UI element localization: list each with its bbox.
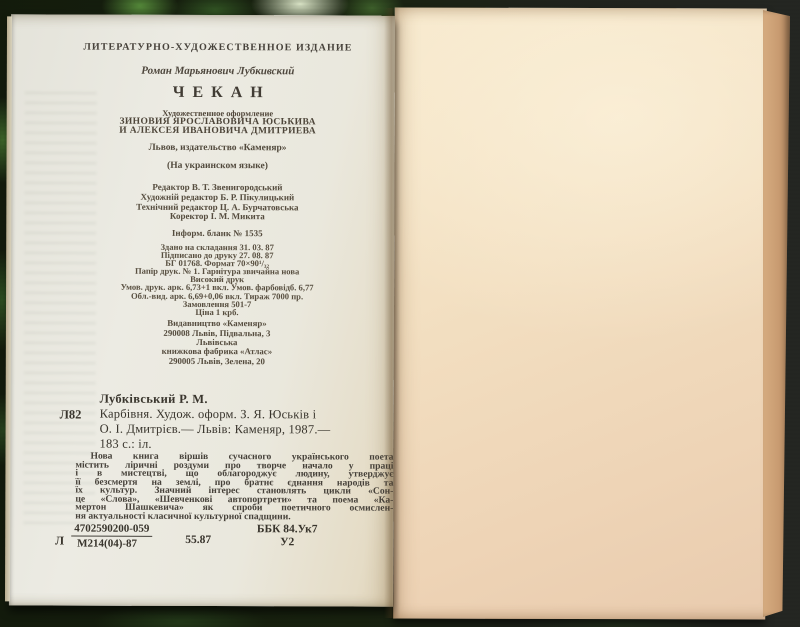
left-page-colophon: ЛИТЕРАТУРНО-ХУДОЖЕСТВЕННОЕ ИЗДАНИЕ Роман…	[9, 14, 395, 606]
right-page-blank	[393, 8, 767, 620]
catalog-card-author: Лубківський Р. М.	[100, 392, 208, 407]
udc-code-suffix: 55.87	[185, 534, 211, 546]
photo-open-book: { "book": { "edition_type": "ЛИТЕРАТУРНО…	[0, 0, 800, 627]
udc-code-denominator: М214(04)-87	[71, 537, 152, 550]
edition-type-line: ЛИТЕРАТУРНО-ХУДОЖЕСТВЕННОЕ ИЗДАНИЕ	[33, 41, 403, 53]
card-desc-line-1: Карбівня. Худож. оформ. З. Я. Юськів і	[100, 407, 396, 423]
udc-code-numerator: 4702590200-059	[71, 523, 152, 537]
designer-name-2: И АЛЕКСЕЯ ИВАНОВИЧА ДМИТРИЕВА	[33, 125, 403, 136]
catalog-card-index: Л82	[60, 408, 82, 423]
language-note: (На украинском языке)	[32, 160, 402, 171]
staff-block: Редактор В. Т. Звенигородський Художній …	[32, 182, 402, 222]
author-name: Роман Марьянович Лубкивский	[33, 64, 403, 77]
proofreader-line: Коректор І. М. Микита	[32, 212, 402, 223]
book-title: ЧЕКАН	[33, 83, 403, 102]
card-desc-line-2: О. І. Дмитрієв.— Львів: Каменяр, 1987.—	[100, 422, 396, 438]
book-fore-edge	[763, 10, 790, 617]
bbk-classification: ББК 84.Ук7 У2	[252, 523, 322, 548]
udc-code-prefix: Л	[55, 533, 64, 548]
print-details-block: Здано на складання 31. 03. 87 Підписано …	[32, 242, 402, 316]
publisher-address-block: Видавництво «Каменяр» 290008 Львів, Підв…	[32, 318, 402, 338]
printing-house-block: Львівська книжкова фабрика «Атлас» 29000…	[32, 337, 402, 367]
catalog-card-description: Карбівня. Худож. оформ. З. Я. Юськів і О…	[100, 407, 396, 454]
inform-blank-line: Інформ. бланк № 1535	[32, 227, 402, 238]
bbk-line-2: У2	[252, 536, 322, 549]
publisher-line: Львов, издательство «Каменяр»	[33, 142, 403, 153]
book-gutter-shadow	[384, 8, 400, 618]
colophon-text-column: ЛИТЕРАТУРНО-ХУДОЖЕСТВЕННОЕ ИЗДАНИЕ Роман…	[33, 14, 403, 15]
printing-house-line-3: 290005 Львів, Зелена, 20	[32, 356, 402, 367]
udc-code-fraction: 4702590200-059 М214(04)-87	[71, 523, 152, 550]
annotation-paragraph: Нова книга віршів сучасного українського…	[75, 453, 393, 522]
price-line: Ціна 1 крб.	[32, 307, 402, 316]
bbk-line-1: ББК 84.Ук7	[252, 523, 322, 536]
